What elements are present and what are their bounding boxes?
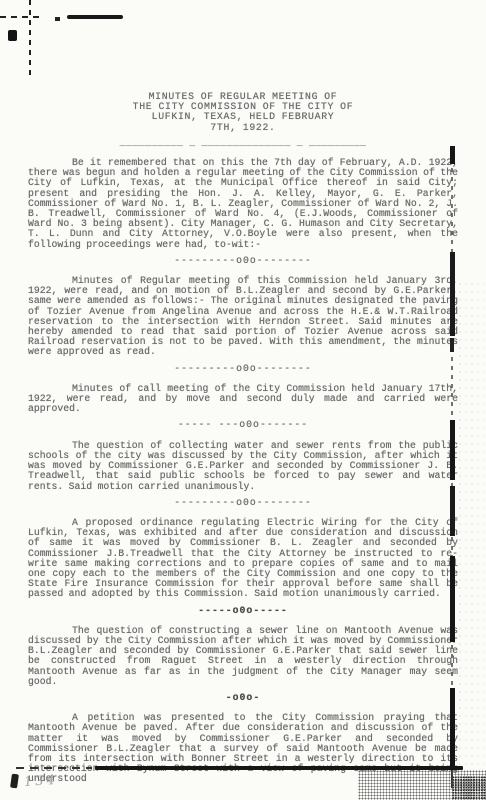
scan-artifact-right-edge-segment [450, 556, 455, 642]
scan-artifact-top-dot [55, 17, 60, 21]
handwritten-page-number: 134 [24, 773, 59, 790]
scan-artifact-right-noise [457, 280, 484, 768]
title-line: 7TH, 1922. [28, 123, 458, 133]
scan-artifact-bottomleft-blot [10, 774, 19, 789]
scan-artifact-right-edge-segment [450, 252, 455, 336]
document-content: MINUTES OF REGULAR MEETING OF THE CITY C… [28, 0, 458, 785]
separator: ---------o0o-------- [28, 364, 458, 374]
document-title: MINUTES OF REGULAR MEETING OF THE CITY C… [28, 92, 458, 133]
scan-artifact-bottom-dashes [16, 767, 92, 769]
scan-artifact-right-edge-segment [450, 338, 454, 352]
paragraph: Be it remembered that on this the 7th da… [28, 158, 458, 250]
scan-artifact-topleft-horizontal-line [0, 16, 44, 18]
paragraph: Minutes of Regular meeting of this Commi… [28, 276, 458, 358]
paragraph: The question of constructing a sewer lin… [28, 626, 458, 687]
scan-artifact-right-edge-segment [450, 420, 455, 480]
paragraph: A proposed ordinance regulating Electric… [28, 518, 458, 600]
scan-artifact-topleft-vertical-line [29, 0, 31, 76]
scan-artifact-ink-blot [8, 30, 17, 41]
paragraph: The question of collecting water and sew… [28, 441, 458, 492]
scanned-document-page: MINUTES OF REGULAR MEETING OF THE CITY C… [0, 0, 486, 800]
separator: ----- ---o0o------- [28, 420, 458, 430]
scan-artifact-right-edge-segment [450, 688, 455, 768]
separator: -o0o- [28, 693, 458, 703]
title-separator: __________ _ ______________ _ _________ [28, 138, 458, 148]
document-body: Be it remembered that on this the 7th da… [28, 158, 458, 785]
paragraph: Minutes of call meeting of the City Comm… [28, 384, 458, 415]
scan-artifact-right-edge-segment [450, 146, 455, 164]
scan-artifact-corner-noise [452, 776, 486, 800]
separator: -----o0o----- [28, 606, 458, 616]
scan-artifact-top-streak [67, 15, 123, 19]
scan-artifact-right-edge-segment [450, 486, 455, 536]
separator: ---------o0o-------- [28, 498, 458, 508]
separator: ---------o0o-------- [28, 256, 458, 266]
